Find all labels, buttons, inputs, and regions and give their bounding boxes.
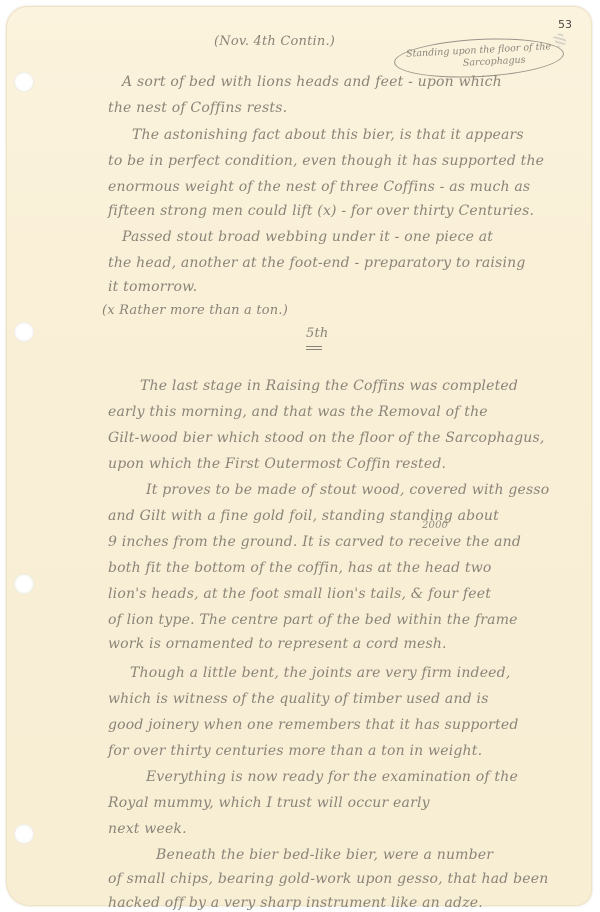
text-line: upon which the First Outermost Coffin re… <box>108 456 446 472</box>
text-line: It proves to be made of stout wood, cove… <box>146 482 549 498</box>
text-line: The last stage in Raising the Coffins wa… <box>140 378 518 394</box>
text-line: it tomorrow. <box>108 279 197 295</box>
text-line: Everything is now ready for the examinat… <box>146 769 518 785</box>
section-marker-underline <box>306 346 322 350</box>
text-line: Beneath the bier bed-like bier, were a n… <box>156 847 493 863</box>
text-line: the head, another at the foot-end - prep… <box>108 255 526 271</box>
text-line: A sort of bed with lions heads and feet … <box>122 74 502 90</box>
text-line: Passed stout broad webbing under it - on… <box>122 229 493 245</box>
text-line: The astonishing fact about this bier, is… <box>132 127 524 143</box>
text-line: fifteen strong men could lift (x) - for … <box>108 203 534 219</box>
insertion-mark: 2000 <box>422 520 448 531</box>
text-line: to be in perfect condition, even though … <box>108 153 544 169</box>
text-line: early this morning, and that was the Rem… <box>108 404 488 420</box>
text-line: Royal mummy, which I trust will occur ea… <box>108 795 430 811</box>
text-line: next week. <box>108 821 187 837</box>
text-line: good joinery when one remembers that it … <box>108 717 519 733</box>
punch-hole <box>14 574 34 594</box>
punch-hole <box>14 322 34 342</box>
punch-hole <box>14 72 34 92</box>
text-line: Gilt-wood bier which stood on the floor … <box>108 430 545 446</box>
text-line: hacked off by a very sharp instrument li… <box>108 895 483 911</box>
text-line: work is ornamented to represent a cord m… <box>108 636 447 652</box>
text-line: lion's heads, at the foot small lion's t… <box>108 586 491 602</box>
text-line: both fit the bottom of the coffin, has a… <box>108 560 492 576</box>
punch-hole <box>14 824 34 844</box>
section-marker: 5th <box>306 326 328 341</box>
page-number: 53 <box>558 18 572 31</box>
text-line: enormous weight of the nest of three Cof… <box>108 179 530 195</box>
text-line: the nest of Coffins rests. <box>108 100 287 116</box>
text-line: for over thirty centuries more than a to… <box>108 743 482 759</box>
notebook-page: 53 (Nov. 4th Contin.) Standing upon the … <box>6 6 592 906</box>
text-line: of lion type. The centre part of the bed… <box>108 612 518 628</box>
text-line: Though a little bent, the joints are ver… <box>130 665 510 681</box>
text-line: which is witness of the quality of timbe… <box>108 691 489 707</box>
footnote: (x Rather more than a ton.) <box>102 303 288 318</box>
text-line: 9 inches from the ground. It is carved t… <box>108 534 521 550</box>
text-line: of small chips, bearing gold-work upon g… <box>108 871 548 887</box>
page-header: (Nov. 4th Contin.) <box>214 34 335 49</box>
